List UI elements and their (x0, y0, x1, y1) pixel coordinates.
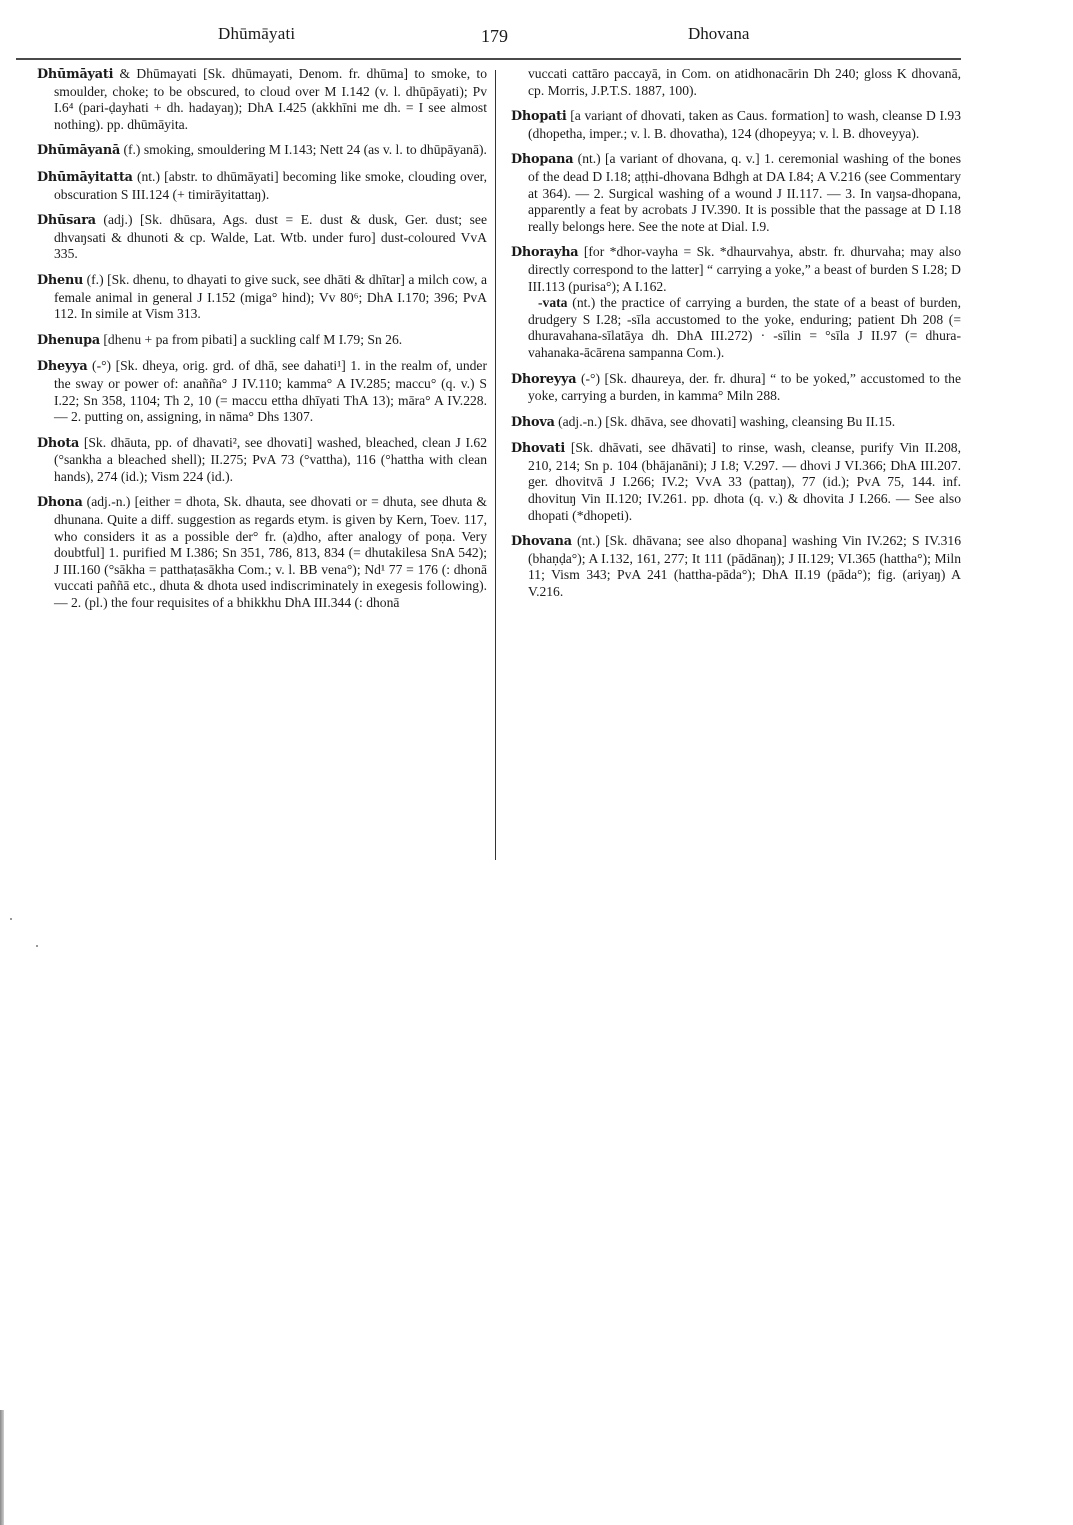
entry-definition: [for *dhor-vayha = Sk. *dhaurvahya, abst… (528, 244, 961, 293)
scan-page-edge (0, 1410, 4, 1525)
entry-definition: (adj.) [Sk. dhūsara, Ags. dust = E. dust… (54, 212, 487, 261)
entry-headword: Dhona (37, 495, 83, 510)
header-right-headword: Dhovana (688, 24, 749, 44)
left-column: Dhūmāyati & Dhūmayati [Sk. dhūmayati, De… (37, 66, 487, 621)
header-left-headword: Dhūmāyati (218, 24, 295, 44)
page-number: 179 (481, 26, 508, 47)
entry-definition: (adj.-n.) [either = dhota, Sk. dhauta, s… (54, 494, 487, 610)
entry-definition: (nt.) [a variant of dhovana, q. v.] 1. c… (528, 151, 961, 233)
dictionary-entry: Dhopana (nt.) [a variant of dhovana, q. … (511, 151, 961, 235)
entry-headword: Dhenupa (37, 333, 100, 348)
entry-definition: (f.) smoking, smouldering M I.143; Nett … (120, 142, 487, 157)
dictionary-entry: Dhopati [a variant of dhovati, taken as … (511, 108, 961, 142)
entry-headword: Dhopati (511, 109, 567, 124)
dictionary-entry: Dheyya (-°) [Sk. dheya, orig. grd. of dh… (37, 358, 487, 425)
entry-definition: [Sk. dhāvati, see dhāvati] to rinse, was… (528, 440, 961, 522)
dictionary-entry: Dhona (adj.-n.) [either = dhota, Sk. dha… (37, 494, 487, 611)
scan-speck (608, 119, 610, 121)
entry-headword: Dhoreyya (511, 372, 576, 387)
running-header: Dhūmāyati 179 Dhovana (38, 22, 970, 62)
entry-headword: Dhorayha (511, 245, 578, 260)
dictionary-entry: vuccati cattāro paccayā, in Com. on atid… (511, 66, 961, 99)
entry-definition: [a variant of dhovati, taken as Caus. fo… (528, 108, 961, 141)
entry-headword: Dhūmāyanā (37, 143, 120, 158)
entry-headword: Dhota (37, 436, 79, 451)
entry-headword: Dheyya (37, 359, 88, 374)
scan-speck (10, 918, 12, 920)
entry-definition: & Dhūmayati [Sk. dhūmayati, Denom. fr. d… (54, 66, 487, 132)
sub-entry: -vata (nt.) the practice of carrying a b… (528, 295, 961, 361)
dictionary-entry: Dhovati [Sk. dhāvati, see dhāvati] to ri… (511, 440, 961, 524)
dictionary-entry: Dhova (adj.-n.) [Sk. dhāva, see dhovati]… (511, 414, 961, 432)
dictionary-entry: Dhenu (f.) [Sk. dhenu, to dhayati to giv… (37, 272, 487, 323)
dictionary-entry: Dhota [Sk. dhāuta, pp. of dhavati², see … (37, 435, 487, 486)
entry-definition: (-°) [Sk. dheya, orig. grd. of dhā, see … (54, 358, 487, 424)
entry-definition: (f.) [Sk. dhenu, to dhayati to give suck… (54, 272, 487, 321)
dictionary-entry: Dhenupa [dhenu + pa from pibati] a suckl… (37, 332, 487, 350)
dictionary-entry: Dhūsara (adj.) [Sk. dhūsara, Ags. dust =… (37, 212, 487, 263)
dictionary-entry: Dhorayha [for *dhor-vayha = Sk. *dhaurva… (511, 244, 961, 361)
entry-headword: Dhūsara (37, 213, 96, 228)
dictionary-entry: Dhūmāyati & Dhūmayati [Sk. dhūmayati, De… (37, 66, 487, 133)
entry-definition: [Sk. dhāuta, pp. of dhavati², see dhovat… (54, 435, 487, 484)
entry-headword: Dhenu (37, 273, 83, 288)
entry-definition: (-°) [Sk. dhaureya, der. fr. dhura] “ to… (528, 371, 961, 404)
dictionary-entry: Dhūmāyanā (f.) smoking, smouldering M I.… (37, 142, 487, 160)
entry-definition: vuccati cattāro paccayā, in Com. on atid… (528, 66, 961, 98)
dictionary-entry: Dhoreyya (-°) [Sk. dhaureya, der. fr. dh… (511, 371, 961, 405)
header-rule (16, 58, 961, 60)
entry-headword: Dhopana (511, 152, 573, 167)
dictionary-entry: Dhovana (nt.) [Sk. dhāvana; see also dho… (511, 533, 961, 600)
sub-entry-definition: (nt.) the practice of carrying a burden,… (528, 295, 961, 360)
column-divider (495, 70, 496, 860)
entry-headword: Dhovana (511, 534, 572, 549)
entry-definition: (adj.-n.) [Sk. dhāva, see dhovati] washi… (555, 414, 896, 429)
entry-headword: Dhūmāyitatta (37, 170, 133, 185)
entry-definition: [dhenu + pa from pibati] a suckling calf… (100, 332, 402, 347)
entry-headword: Dhova (511, 415, 555, 430)
dictionary-entry: Dhūmāyitatta (nt.) [abstr. to dhūmāyati]… (37, 169, 487, 203)
right-column: vuccati cattāro paccayā, in Com. on atid… (511, 66, 961, 610)
entry-headword: Dhūmāyati (37, 67, 113, 82)
sub-entry-headword: -vata (538, 295, 567, 310)
entry-headword: Dhovati (511, 441, 565, 456)
entry-definition: (nt.) [Sk. dhāvana; see also dhopana] wa… (528, 533, 961, 599)
scan-speck (36, 945, 38, 947)
